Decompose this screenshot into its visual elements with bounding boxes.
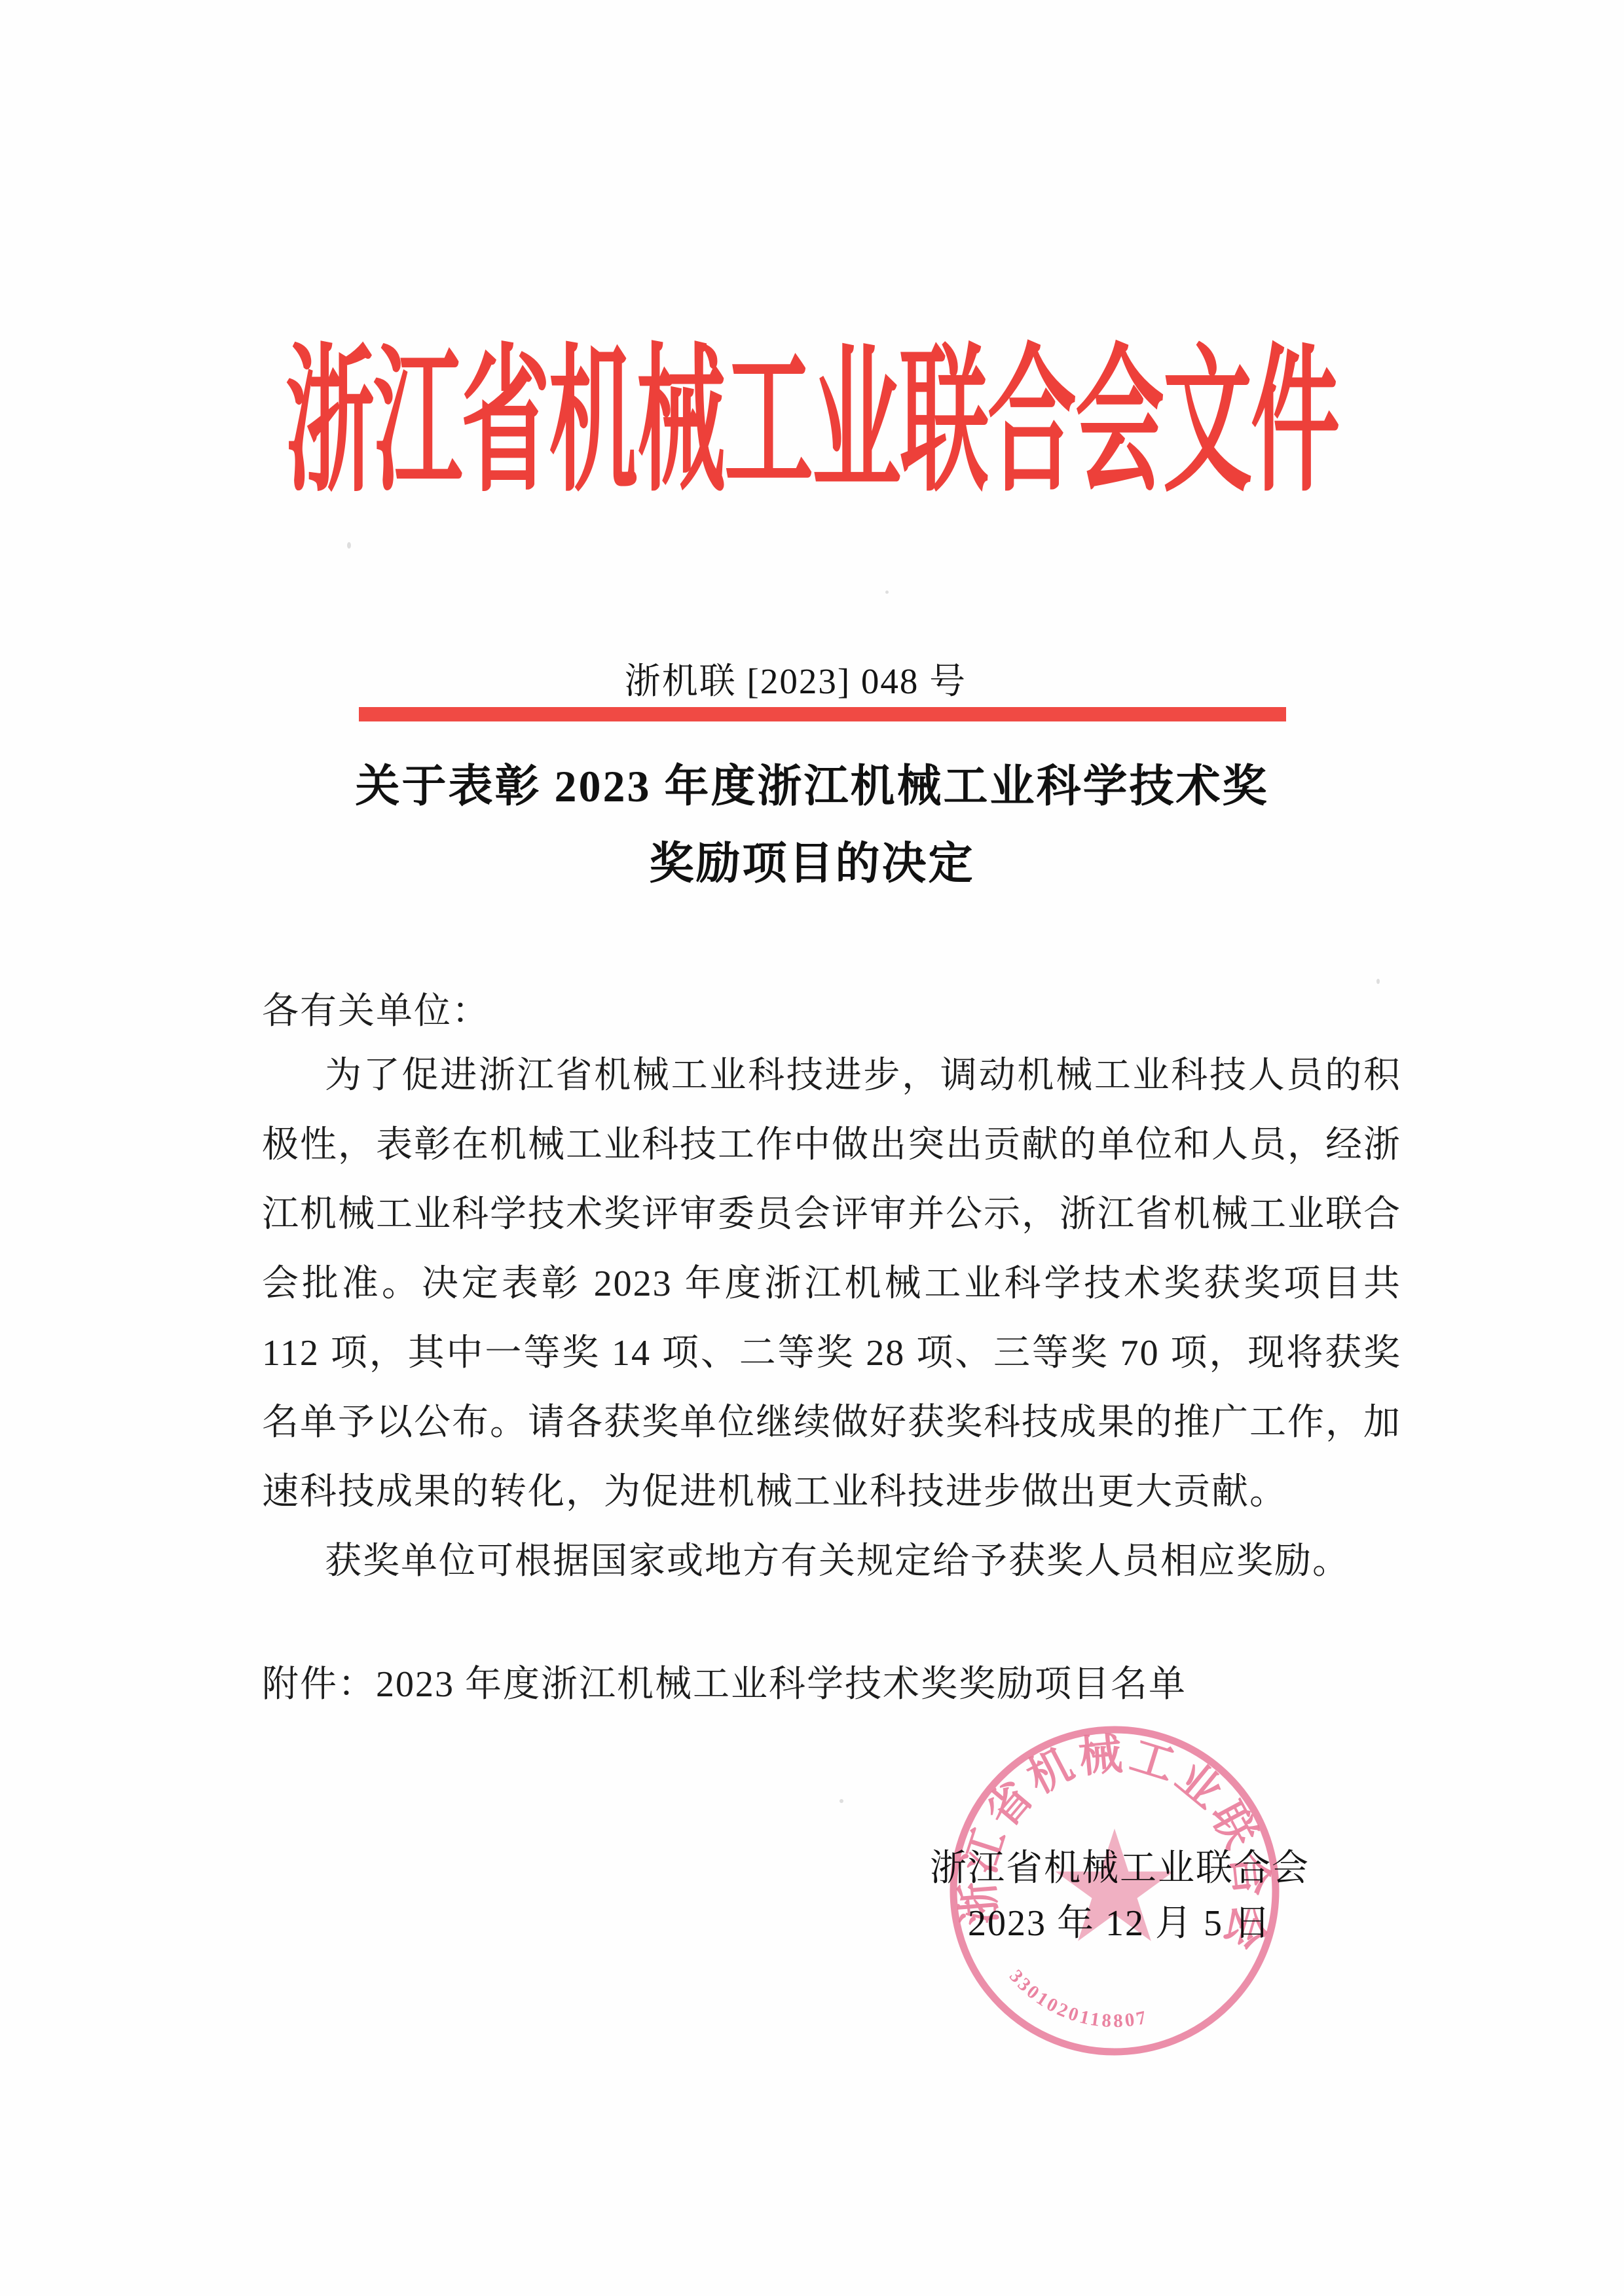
scan-speck [1376, 979, 1380, 984]
document-page: 浙江省机械工业联合会文件 浙机联 [2023] 048 号 关于表彰 2023 … [0, 0, 1624, 2296]
document-title-line1: 关于表彰 2023 年度浙江机械工业科学技术奖 [0, 748, 1624, 825]
attachment-line: 附件：2023 年度浙江机械工业科学技术奖奖励项目名单 [262, 1655, 1187, 1707]
scan-speck [347, 542, 351, 549]
seal-star-icon [1056, 1829, 1174, 1941]
letterhead-title: 浙江省机械工业联合会文件 [286, 293, 1338, 522]
body-paragraph: 为了促进浙江省机械工业科技进步，调动机械工业科技人员的积极性，表彰在机械工业科技… [262, 1041, 1401, 1527]
document-title: 关于表彰 2023 年度浙江机械工业科学技术奖 奖励项目的决定 [0, 748, 1624, 902]
document-title-line2: 奖励项目的决定 [0, 825, 1624, 902]
scan-speck [840, 1799, 843, 1803]
red-divider-rule [359, 707, 1286, 721]
document-number: 浙机联 [2023] 048 号 [0, 652, 1591, 704]
body-paragraph: 获奖单位可根据国家或地方有关规定给予获奖人员相应奖励。 [262, 1527, 1401, 1596]
scan-speck [885, 591, 889, 594]
letterhead-banner: 浙江省机械工业联合会文件 [0, 325, 1624, 489]
body-text: 为了促进浙江省机械工业科技进步，调动机械工业科技人员的积极性，表彰在机械工业科技… [262, 1041, 1401, 1596]
official-seal: 浙江省机械工业联合会 3301020118807 [938, 1714, 1291, 2068]
salutation: 各有关单位： [262, 982, 490, 1034]
